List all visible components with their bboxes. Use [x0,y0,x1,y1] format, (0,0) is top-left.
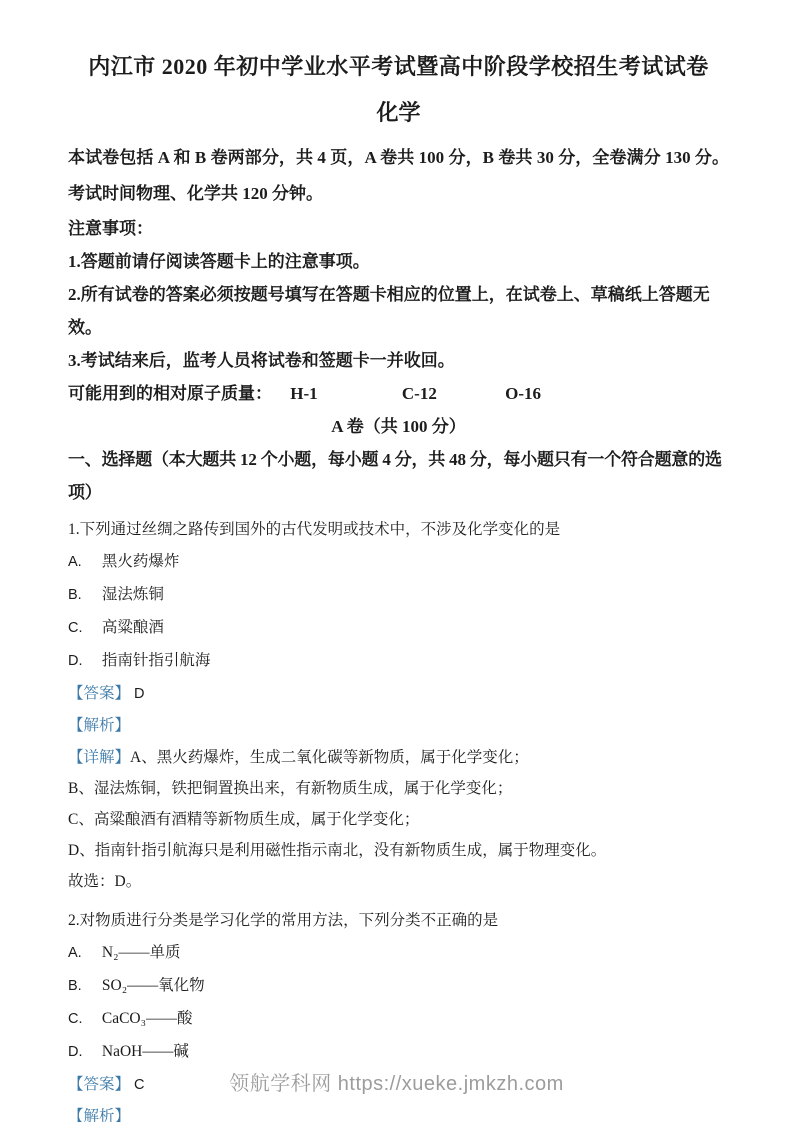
question-1-block: 1.下列通过丝绸之路传到国外的古代发明或技术中，不涉及化学变化的是 A. 黑火药… [68,515,729,893]
option-text: SO₂——氧化物 [102,977,205,994]
question-1-detail-3: C、高粱酿酒有酒精等新物质生成，属于化学变化； [68,809,729,831]
question-2-option-c: C. CaCO₃——酸 [68,1008,729,1030]
note-item-3: 3.考试结来后，监考人员将试卷和签题卡一并收回。 [68,344,729,377]
notes-heading: 注意事项： [68,212,729,245]
question-1-option-c: C. 高粱酿酒 [68,617,729,639]
question-1-answer-line: 【答案】D [68,683,729,705]
question-2-analysis-line: 【解析】 [68,1106,729,1122]
atomic-mass-o: O-16 [505,377,541,410]
question-1-option-b: B. 湿法炼铜 [68,584,729,606]
question-2-option-b: B. SO₂——氧化物 [68,975,729,997]
detail-text: A、黑火药爆炸，生成二氧化碳等新物质，属于化学变化； [130,749,529,766]
note-item-1: 1.答题前请仔阅读答题卡上的注意事项。 [68,245,729,278]
analysis-marker: 【解析】 [68,1108,130,1122]
atomic-mass-c: C-12 [402,377,437,410]
question-1-stem: 1.下列通过丝绸之路传到国外的古代发明或技术中，不涉及化学变化的是 [68,515,729,545]
question-2-option-a: A. N₂——单质 [68,942,729,964]
question-2-option-d: D. NaOH——碱 [68,1041,729,1063]
atomic-mass-line: 可能用到的相对原子质量： H-1 C-12 O-16 [68,377,729,410]
document-title: 内江市 2020 年初中学业水平考试暨高中阶段学校招生考试试卷 [68,50,729,84]
exam-intro: 本试卷包括 A 和 B 卷两部分，共 4 页，A 卷共 100 分，B 卷共 3… [68,140,729,212]
answer-value: D [134,686,144,702]
option-letter: A. [68,551,98,573]
option-text: N₂——单质 [102,944,181,961]
option-letter: D. [68,650,98,672]
note-item-2: 2.所有试卷的答案必须按题号填写在答题卡相应的位置上，在试卷上、草稿纸上答题无效… [68,278,729,344]
analysis-marker: 【解析】 [68,717,130,734]
option-text: 湿法炼铜 [102,586,164,603]
option-letter: B. [68,584,98,606]
option-text: 指南针指引航海 [102,652,211,669]
detail-marker: 【详解】 [68,749,130,766]
question-1-conclusion: 故选：D。 [68,871,729,893]
question-1-detail-2: B、湿法炼铜，铁把铜置换出来，有新物质生成，属于化学变化； [68,778,729,800]
option-letter: C. [68,1008,98,1030]
option-letter: D. [68,1041,98,1063]
atomic-mass-label: 可能用到的相对原子质量： [68,384,272,403]
section-one-heading: 一、选择题（本大题共 12 个小题，每小题 4 分，共 48 分，每小题只有一个… [68,443,729,509]
subject-title: 化学 [68,96,729,130]
question-2-stem: 2.对物质进行分类是学习化学的常用方法，下列分类不正确的是 [68,906,729,936]
option-letter: C. [68,617,98,639]
question-1-analysis-line: 【解析】 [68,715,729,737]
question-1-option-a: A. 黑火药爆炸 [68,551,729,573]
option-letter: A. [68,942,98,964]
question-1-option-d: D. 指南针指引航海 [68,650,729,672]
footer-watermark: 领航学科网 https://xueke.jmkzh.com [0,1067,793,1096]
option-text: 高粱酿酒 [102,619,164,636]
question-1-detail-4: D、指南针指引航海只是利用磁性指示南北，没有新物质生成，属于物理变化。 [68,840,729,862]
answer-marker: 【答案】 [68,685,130,702]
document-content: 内江市 2020 年初中学业水平考试暨高中阶段学校招生考试试卷 化学 本试卷包括… [0,0,793,1122]
option-letter: B. [68,975,98,997]
exam-document-page: 内江市 2020 年初中学业水平考试暨高中阶段学校招生考试试卷 化学 本试卷包括… [0,0,793,1122]
option-text: 黑火药爆炸 [102,553,180,570]
question-1-detail-1: 【详解】A、黑火药爆炸，生成二氧化碳等新物质，属于化学变化； [68,747,729,769]
option-text: CaCO₃——酸 [102,1010,193,1027]
option-text: NaOH——碱 [102,1043,189,1060]
atomic-mass-h: H-1 [290,377,317,410]
section-a-title: A 卷（共 100 分） [68,410,729,443]
